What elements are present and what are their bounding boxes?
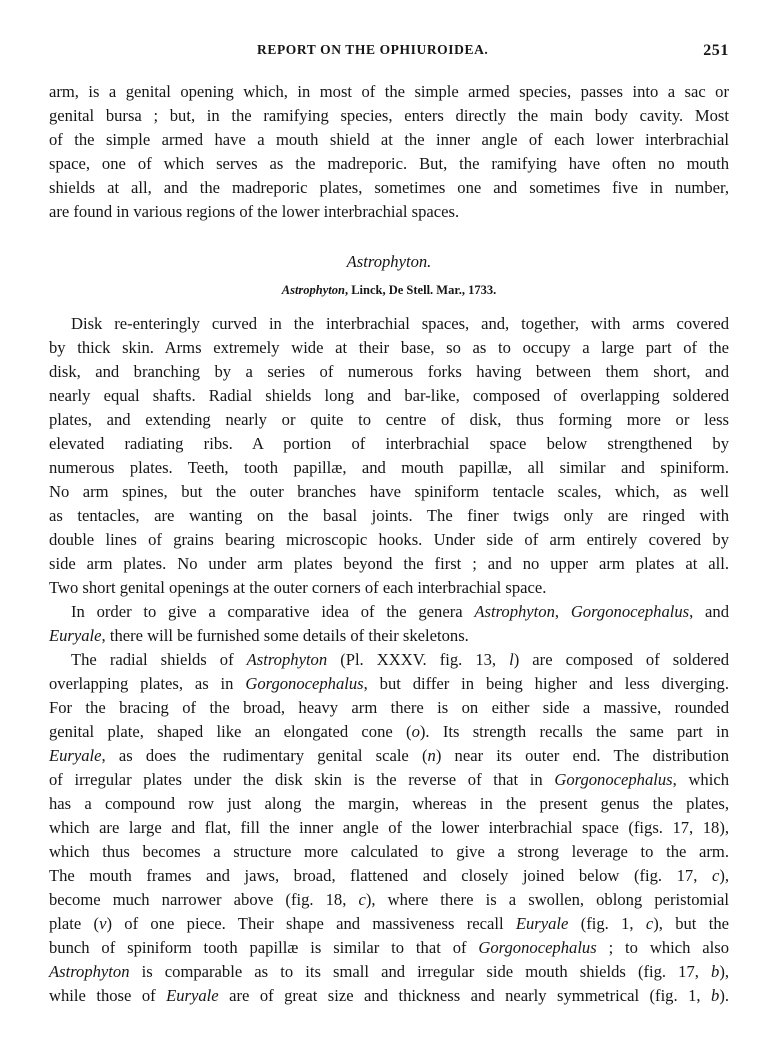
genus-name: Gorgonocephalus [478, 938, 596, 957]
text-line: by thick skin. Arms extremely wide at th… [49, 336, 729, 360]
text-line: plates, and extending nearly or quite to… [49, 408, 729, 432]
text-line: become much narrower above (fig. 18, c),… [49, 888, 729, 912]
text-line: genital bursa ; but, in the ramifying sp… [49, 104, 729, 128]
text-line: side arm plates. No under arm plates bey… [49, 552, 729, 576]
intro-paragraph: arm, is a genital opening which, in most… [49, 80, 729, 224]
text-line: are found in various regions of the lowe… [49, 200, 729, 224]
skeleton-paragraph: The radial shields of Astrophyton (Pl. X… [49, 648, 729, 1008]
text-line: Two short genital openings at the outer … [49, 576, 729, 600]
running-head-title: REPORT ON THE OPHIUROIDEA. [257, 42, 488, 58]
text-line: shields at all, and the madreporic plate… [49, 176, 729, 200]
text-line: nearly equal shafts. Radial shields long… [49, 384, 729, 408]
text-line: genital plate, shaped like an elongated … [49, 720, 729, 744]
genus-name: Euryale [166, 986, 219, 1005]
citation-genus: Astrophyton [282, 283, 345, 297]
text-line: arm, is a genital opening which, in most… [49, 80, 729, 104]
genus-name: Euryale [49, 746, 102, 765]
text-line: has a compound row just along the margin… [49, 792, 729, 816]
text-line: disk, and branching by a series of numer… [49, 360, 729, 384]
genus-name: Astrophyton [474, 602, 555, 621]
text-line: elevated radiating ribs. A portion of in… [49, 432, 729, 456]
page-number: 251 [703, 42, 729, 60]
text-line: Disk re-enteringly curved in the interbr… [49, 312, 729, 336]
text-line: The radial shields of Astrophyton (Pl. X… [49, 648, 729, 672]
text-line: The mouth frames and jaws, broad, flatte… [49, 864, 729, 888]
citation-source: , Linck, De Stell. Mar., 1733. [345, 283, 496, 297]
text-line: numerous plates. Teeth, tooth papillæ, a… [49, 456, 729, 480]
genus-name: Astrophyton [247, 650, 328, 669]
text-line: space, one of which serves as the madrep… [49, 152, 729, 176]
text-line: In order to give a comparative idea of t… [49, 600, 729, 624]
text-line: bunch of spiniform tooth papillæ is simi… [49, 936, 729, 960]
text-line: plate (v) of one piece. Their shape and … [49, 912, 729, 936]
text-line: which thus becomes a structure more calc… [49, 840, 729, 864]
genus-citation: Astrophyton, Linck, De Stell. Mar., 1733… [49, 283, 729, 298]
section-heading: Astrophyton. [49, 252, 729, 272]
text-line: No arm spines, but the outer branches ha… [49, 480, 729, 504]
text-line: of the simple armed have a mouth shield … [49, 128, 729, 152]
genus-name: Astrophyton [49, 962, 130, 981]
text-line: Astrophyton is comparable as to its smal… [49, 960, 729, 984]
genus-name: Gorgonocephalus [571, 602, 689, 621]
genus-name: Euryale [516, 914, 569, 933]
figure-label: c [359, 890, 366, 909]
text-line: while those of Euryale are of great size… [49, 984, 729, 1008]
comparative-paragraph: In order to give a comparative idea of t… [49, 600, 729, 648]
genus-name: Euryale [49, 626, 102, 645]
text-line: which are large and flat, fill the inner… [49, 816, 729, 840]
text-line: double lines of grains bearing microscop… [49, 528, 729, 552]
figure-label: n [428, 746, 436, 765]
text-line: as tentacles, are wanting on the basal j… [49, 504, 729, 528]
running-head: REPORT ON THE OPHIUROIDEA. 251 [49, 42, 729, 62]
text-line: For the bracing of the broad, heavy arm … [49, 696, 729, 720]
text-line: overlapping plates, as in Gorgonocephalu… [49, 672, 729, 696]
text-line: Euryale, there will be furnished some de… [49, 624, 729, 648]
description-paragraph: Disk re-enteringly curved in the interbr… [49, 312, 729, 600]
genus-name: Gorgonocephalus [245, 674, 363, 693]
genus-name: Gorgonocephalus [554, 770, 672, 789]
text-line: of irregular plates under the disk skin … [49, 768, 729, 792]
text-line: Euryale, as does the rudimentary genital… [49, 744, 729, 768]
figure-label: o [412, 722, 420, 741]
